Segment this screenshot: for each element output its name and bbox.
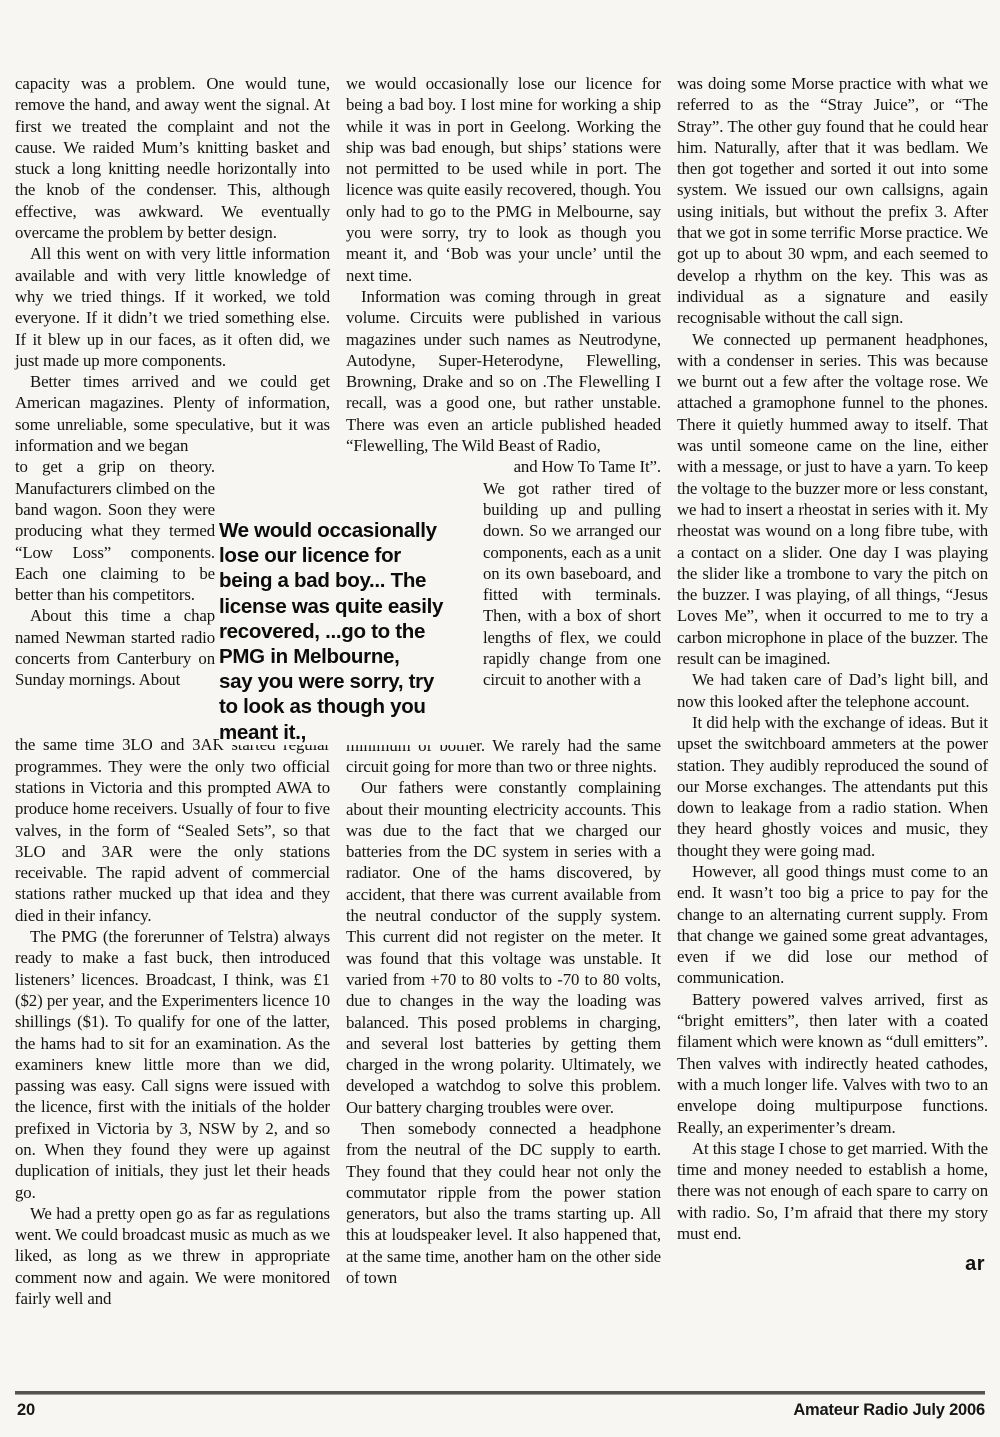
paragraph: About this time a chap named Newman star… bbox=[15, 605, 215, 690]
paragraph: we would occasionally lose our licence f… bbox=[346, 73, 661, 286]
paragraph: Our fathers were constantly complaining … bbox=[346, 777, 661, 1118]
paragraph: and How To Tame It”. bbox=[346, 456, 661, 477]
pull-quote: We would occasionally lose our licence f… bbox=[219, 518, 471, 745]
text-wrap-right-of-pull-quote: We got rather tired of building up and p… bbox=[483, 478, 661, 735]
paragraph: Information was coming through in great … bbox=[346, 286, 661, 456]
paragraph: However, all good things must come to an… bbox=[677, 861, 988, 989]
paragraph: We got rather tired of building up and p… bbox=[483, 478, 661, 691]
article-columns: capacity was a problem. One would tune, … bbox=[15, 73, 988, 1309]
paragraph: All this went on with very little inform… bbox=[15, 243, 330, 371]
paragraph: The PMG (the forerunner of Telstra) alwa… bbox=[15, 926, 330, 1203]
paragraph: Better times arrived and we could get Am… bbox=[15, 371, 330, 456]
page-number: 20 bbox=[17, 1401, 35, 1420]
paragraph: We had taken care of Dad’s light bill, a… bbox=[677, 669, 988, 712]
footer-divider bbox=[15, 1391, 985, 1395]
text-wrap-left-of-pull-quote: to get a grip on theory. Manufacturers c… bbox=[15, 456, 215, 734]
paragraph: It did help with the exchange of ideas. … bbox=[677, 712, 988, 861]
paragraph: We connected up permanent headphones, wi… bbox=[677, 329, 988, 670]
paragraph: At this stage I chose to get married. Wi… bbox=[677, 1138, 988, 1244]
column-3: was doing some Morse practice with what … bbox=[677, 73, 988, 1276]
magazine-page: capacity was a problem. One would tune, … bbox=[0, 0, 1000, 1437]
page-footer: 20 Amateur Radio July 2006 bbox=[17, 1401, 985, 1420]
paragraph: to get a grip on theory. Manufacturers c… bbox=[15, 456, 215, 605]
paragraph: Battery powered valves arrived, first as… bbox=[677, 989, 988, 1138]
end-of-article-mark: ar bbox=[677, 1254, 988, 1275]
paragraph: capacity was a problem. One would tune, … bbox=[15, 73, 330, 243]
paragraph: Then somebody connected a headphone from… bbox=[346, 1118, 661, 1288]
paragraph: the same time 3LO and 3AR started regula… bbox=[15, 734, 330, 926]
journal-title: Amateur Radio July 2006 bbox=[793, 1401, 985, 1420]
paragraph: We had a pretty open go as far as regula… bbox=[15, 1203, 330, 1309]
paragraph: was doing some Morse practice with what … bbox=[677, 73, 988, 329]
